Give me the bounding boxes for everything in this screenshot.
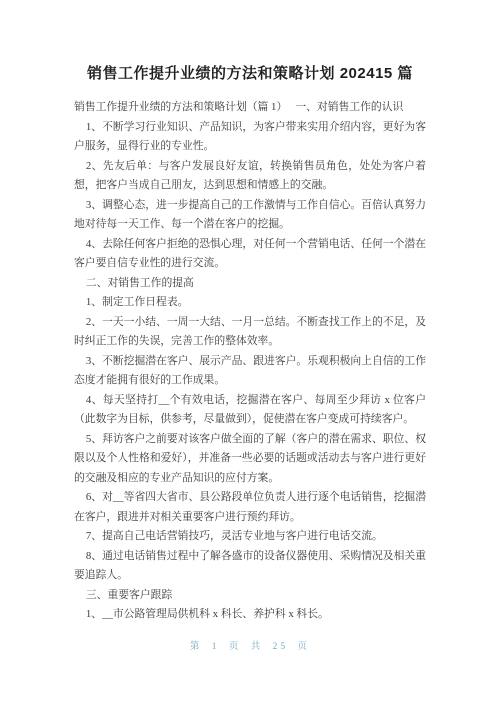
paragraph: 2、先友后单：与客户发展良好友谊，转换销售员角色，处处为客户着想，把客户当成自己… — [74, 157, 426, 196]
document-title: 销售工作提升业绩的方法和策略计划 202415 篇 — [0, 62, 500, 83]
paragraph: 2、一天一小结、一周一大结、一月一总结。不断查找工作上的不足，及时纠正工作的失误… — [74, 313, 426, 352]
paragraph: 5、拜访客户之前要对该客户做全面的了解（客户的潜在需求、职位、权限以及个人性格和… — [74, 430, 426, 489]
paragraph: 6、对__等省四大省市、县公路段单位负责人进行逐个电话销售，挖掘潜在客户，跟进并… — [74, 488, 426, 527]
paragraph: 7、提高自己电话营销技巧，灵活专业地与客户进行电话交流。 — [74, 527, 426, 547]
paragraph: 3、调整心态，进一步提高自己的工作激情与工作自信心。百倍认真努力地对待每一天工作… — [74, 196, 426, 235]
paragraph: 1、__市公路管理局供机科 x 科长、养护科 x 科长。 — [74, 605, 426, 625]
paragraph: 1、不断学习行业知识、产品知识，为客户带来实用介绍内容，更好为客户服务，显得行业… — [74, 118, 426, 157]
paragraph: 8、通过电话销售过程中了解各盛市的设备仪器使用、采购情况及相关重要追踪人。 — [74, 547, 426, 586]
paragraph: 二、对销售工作的提高 — [74, 274, 426, 294]
page-indicator: 第 1 页 共 25 页 — [190, 642, 310, 652]
document-page: 销售工作提升业绩的方法和策略计划 202415 篇 销售工作提升业绩的方法和策略… — [0, 0, 500, 707]
document-body: 销售工作提升业绩的方法和策略计划（篇 1） 一、对销售工作的认识1、不断学习行业… — [74, 98, 426, 625]
paragraph: 4、去除任何客户拒绝的恐惧心理，对任何一个营销电话、任何一个潜在客户要自信专业性… — [74, 235, 426, 274]
paragraph: 3、不断挖掘潜在客户、展示产品、跟进客户。乐观积极向上自信的工作态度才能拥有很好… — [74, 352, 426, 391]
page-footer: 第 1 页 共 25 页 — [0, 638, 500, 652]
paragraph: 4、每天坚持打__个有效电话，挖掘潜在客户、每周至少拜访 x 位客户（此数字为目… — [74, 391, 426, 430]
paragraph: 三、重要客户跟踪 — [74, 586, 426, 606]
paragraph: 1、制定工作日程表。 — [74, 293, 426, 313]
paragraph: 销售工作提升业绩的方法和策略计划（篇 1） 一、对销售工作的认识 — [74, 98, 426, 118]
